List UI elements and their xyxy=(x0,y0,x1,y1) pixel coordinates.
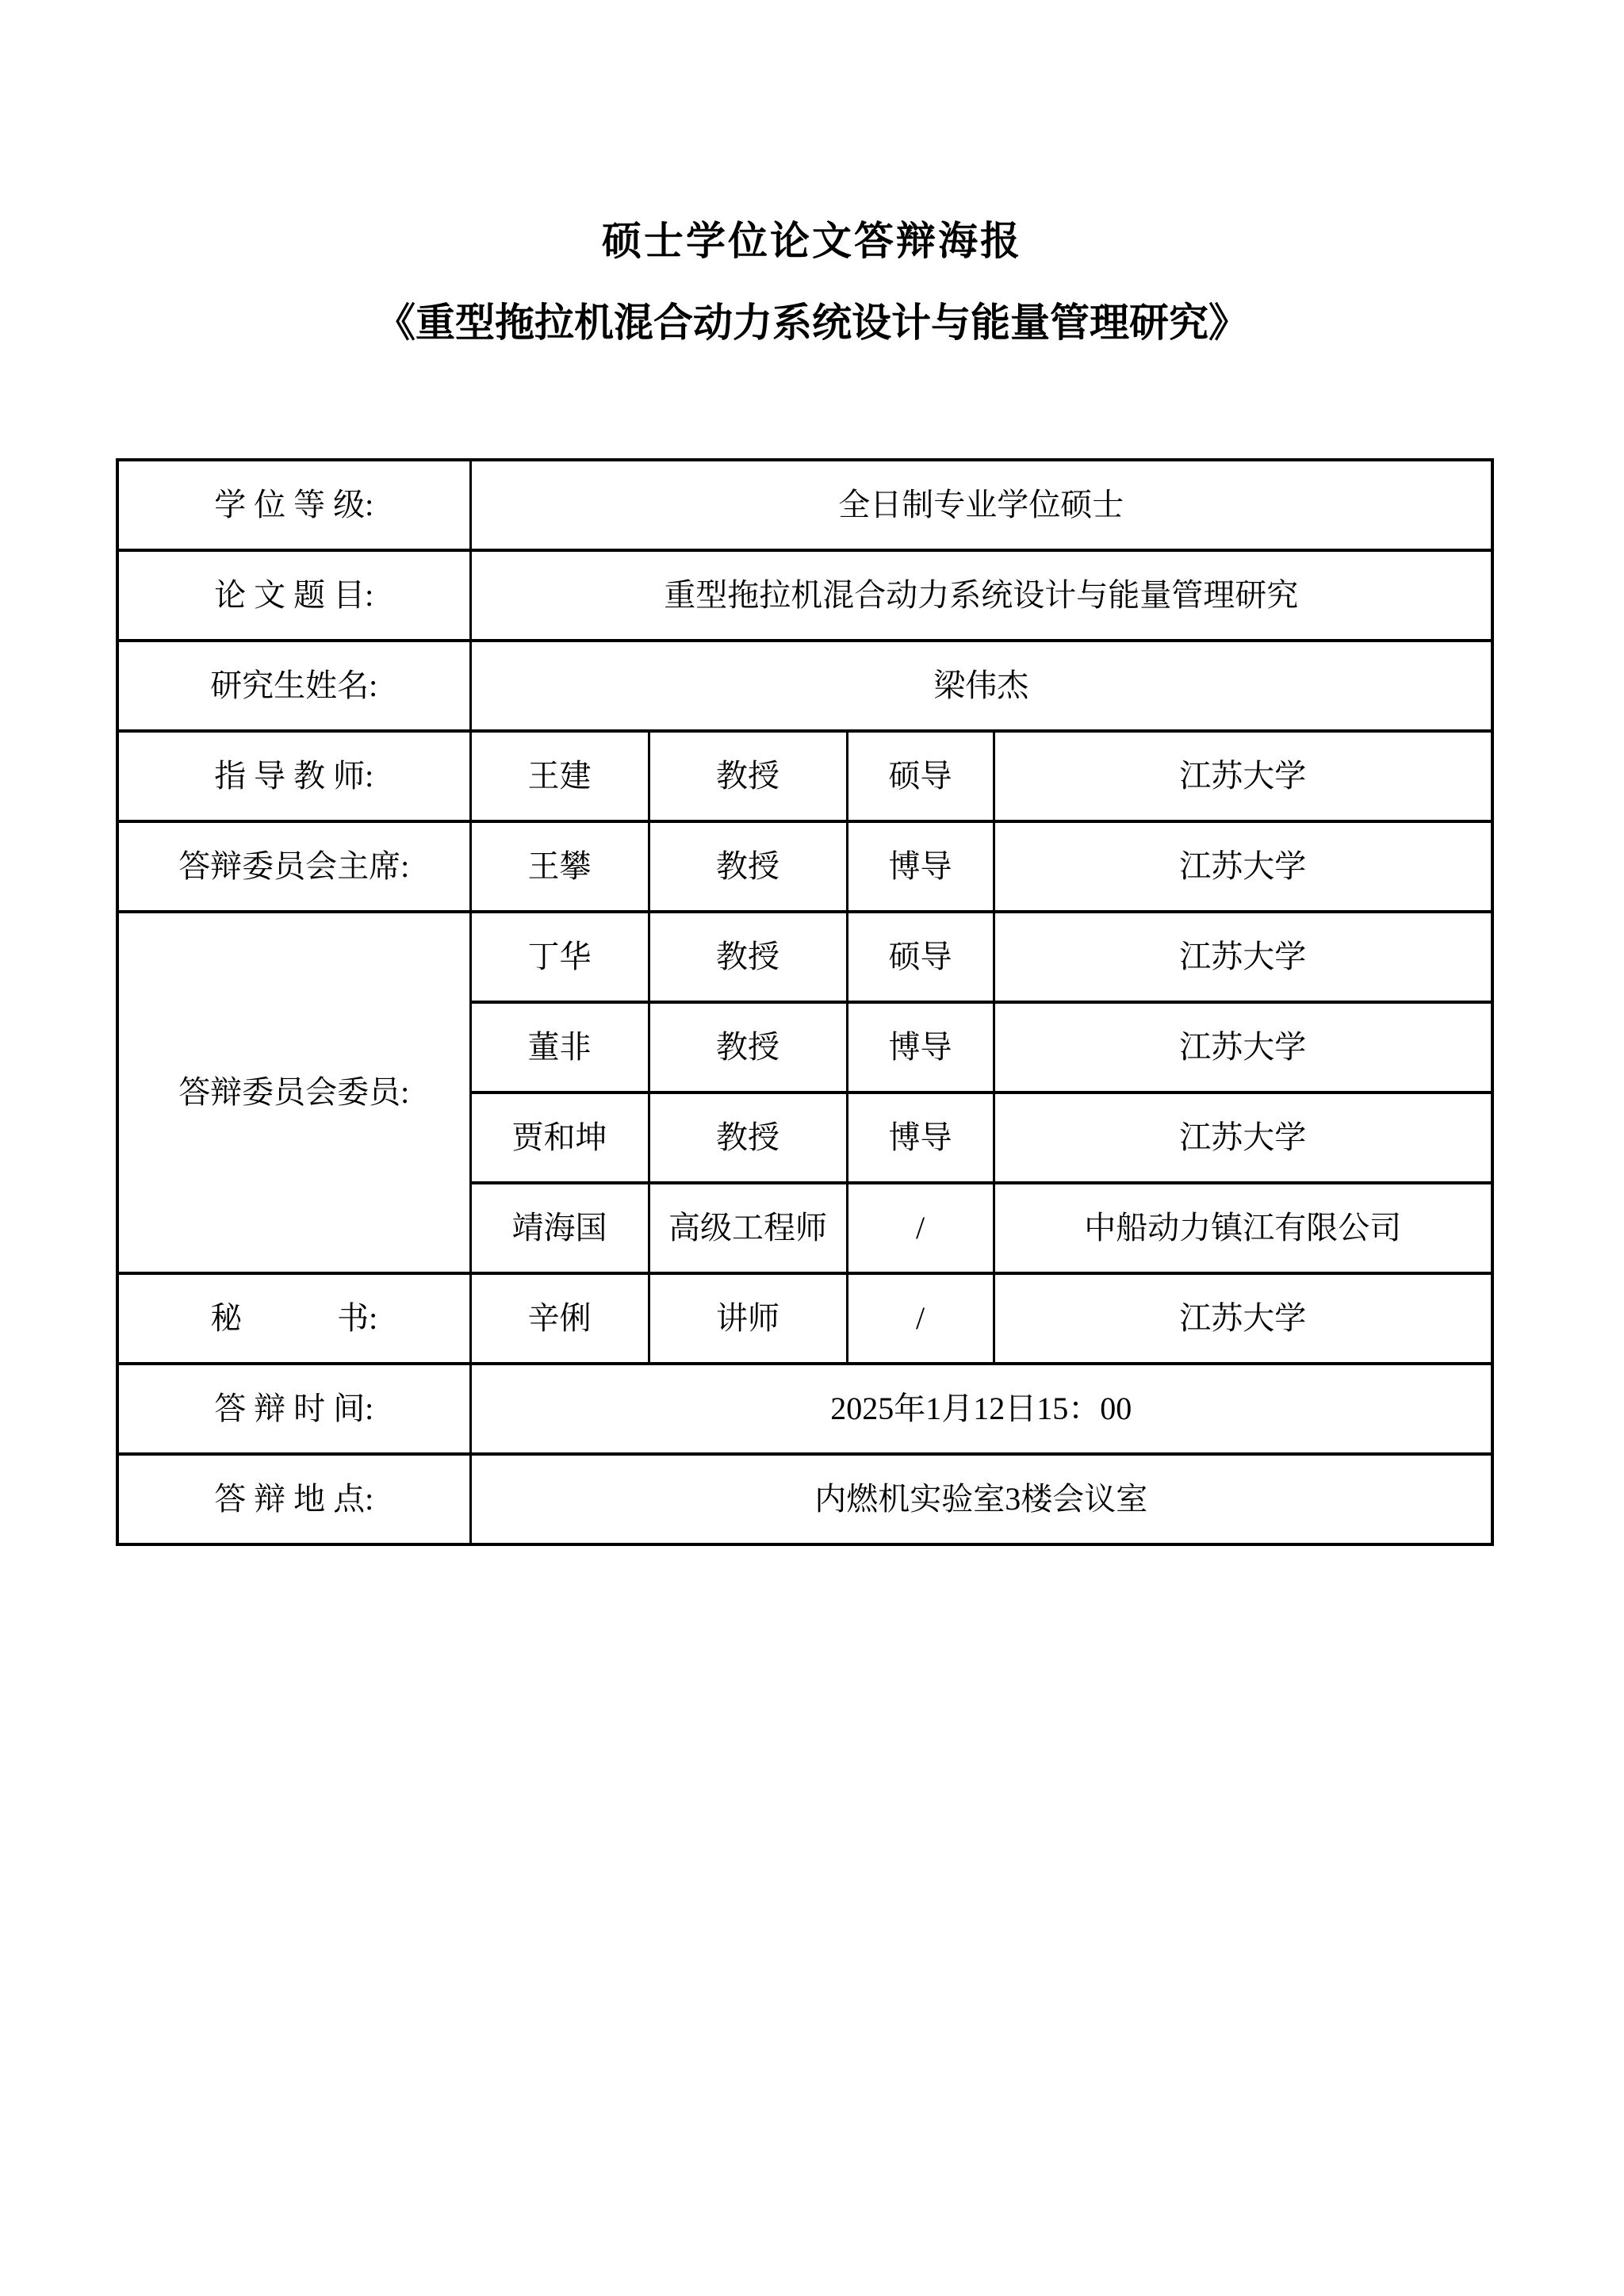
committee-member-title-cell: 教授 xyxy=(649,1093,847,1183)
chair-name-cell: 王攀 xyxy=(470,821,649,912)
chair-supervisor-type-cell: 博导 xyxy=(847,821,994,912)
table-row-secretary: 秘 书: 辛俐 讲师 / 江苏大学 xyxy=(117,1273,1492,1364)
table-row-defense-time: 答 辩 时 间: 2025年1月12日15：00 xyxy=(117,1364,1492,1454)
thesis-title-value-cell: 重型拖拉机混合动力系统设计与能量管理研究 xyxy=(470,550,1492,641)
defense-location-value-cell: 内燃机实验室3楼会议室 xyxy=(470,1454,1492,1544)
advisor-supervisor-type-cell: 硕导 xyxy=(847,731,994,821)
secretary-supervisor-type-cell: / xyxy=(847,1273,994,1364)
table-row-chair: 答辩委员会主席: 王攀 教授 博导 江苏大学 xyxy=(117,821,1492,912)
committee-member-affiliation-cell: 江苏大学 xyxy=(994,1093,1492,1183)
committee-label-cell: 答辩委员会委员: xyxy=(117,912,470,1273)
advisor-name-cell: 王建 xyxy=(470,731,649,821)
table-row-defense-location: 答 辩 地 点: 内燃机实验室3楼会议室 xyxy=(117,1454,1492,1544)
table-row-student: 研究生姓名: 梁伟杰 xyxy=(117,641,1492,731)
table-row-advisor: 指 导 教 师: 王建 教授 硕导 江苏大学 xyxy=(117,731,1492,821)
committee-member-supervisor-type-cell: 硕导 xyxy=(847,912,994,1002)
document-page: 硕士学位论文答辩海报 《重型拖拉机混合动力系统设计与能量管理研究》 学 位 等 … xyxy=(0,0,1624,2296)
chair-affiliation-cell: 江苏大学 xyxy=(994,821,1492,912)
student-label-cell: 研究生姓名: xyxy=(117,641,470,731)
chair-title-cell: 教授 xyxy=(649,821,847,912)
committee-member-supervisor-type-cell: / xyxy=(847,1183,994,1273)
secretary-name-cell: 辛俐 xyxy=(470,1273,649,1364)
defense-time-label-cell: 答 辩 时 间: xyxy=(117,1364,470,1454)
defense-location-label-cell: 答 辩 地 点: xyxy=(117,1454,470,1544)
chair-label-cell: 答辩委员会主席: xyxy=(117,821,470,912)
committee-member-affiliation-cell: 江苏大学 xyxy=(994,1002,1492,1093)
student-name-cell: 梁伟杰 xyxy=(470,641,1492,731)
committee-member-title-cell: 高级工程师 xyxy=(649,1183,847,1273)
defense-time-value-cell: 2025年1月12日15：00 xyxy=(470,1364,1492,1454)
secretary-title-cell: 讲师 xyxy=(649,1273,847,1364)
committee-member-name-cell: 丁华 xyxy=(470,912,649,1002)
table-row-committee-member-1: 答辩委员会委员: 丁华 教授 硕导 江苏大学 xyxy=(117,912,1492,1002)
committee-member-affiliation-cell: 中船动力镇江有限公司 xyxy=(994,1183,1492,1273)
advisor-label-cell: 指 导 教 师: xyxy=(117,731,470,821)
secretary-label-cell: 秘 书: xyxy=(117,1273,470,1364)
committee-member-affiliation-cell: 江苏大学 xyxy=(994,912,1492,1002)
committee-member-title-cell: 教授 xyxy=(649,1002,847,1093)
committee-member-supervisor-type-cell: 博导 xyxy=(847,1093,994,1183)
committee-member-title-cell: 教授 xyxy=(649,912,847,1002)
defense-info-table: 学 位 等 级: 全日制专业学位硕士 论 文 题 目: 重型拖拉机混合动力系统设… xyxy=(116,458,1494,1546)
table-row-thesis-title: 论 文 题 目: 重型拖拉机混合动力系统设计与能量管理研究 xyxy=(117,550,1492,641)
doc-title: 硕士学位论文答辩海报 xyxy=(0,0,1624,267)
committee-member-supervisor-type-cell: 博导 xyxy=(847,1002,994,1093)
degree-value-cell: 全日制专业学位硕士 xyxy=(470,460,1492,550)
advisor-title-cell: 教授 xyxy=(649,731,847,821)
doc-subtitle: 《重型拖拉机混合动力系统设计与能量管理研究》 xyxy=(0,297,1624,349)
committee-member-name-cell: 靖海国 xyxy=(470,1183,649,1273)
table-row-degree: 学 位 等 级: 全日制专业学位硕士 xyxy=(117,460,1492,550)
committee-member-name-cell: 贾和坤 xyxy=(470,1093,649,1183)
advisor-affiliation-cell: 江苏大学 xyxy=(994,731,1492,821)
thesis-title-label-cell: 论 文 题 目: xyxy=(117,550,470,641)
committee-member-name-cell: 董非 xyxy=(470,1002,649,1093)
secretary-affiliation-cell: 江苏大学 xyxy=(994,1273,1492,1364)
degree-label-cell: 学 位 等 级: xyxy=(117,460,470,550)
